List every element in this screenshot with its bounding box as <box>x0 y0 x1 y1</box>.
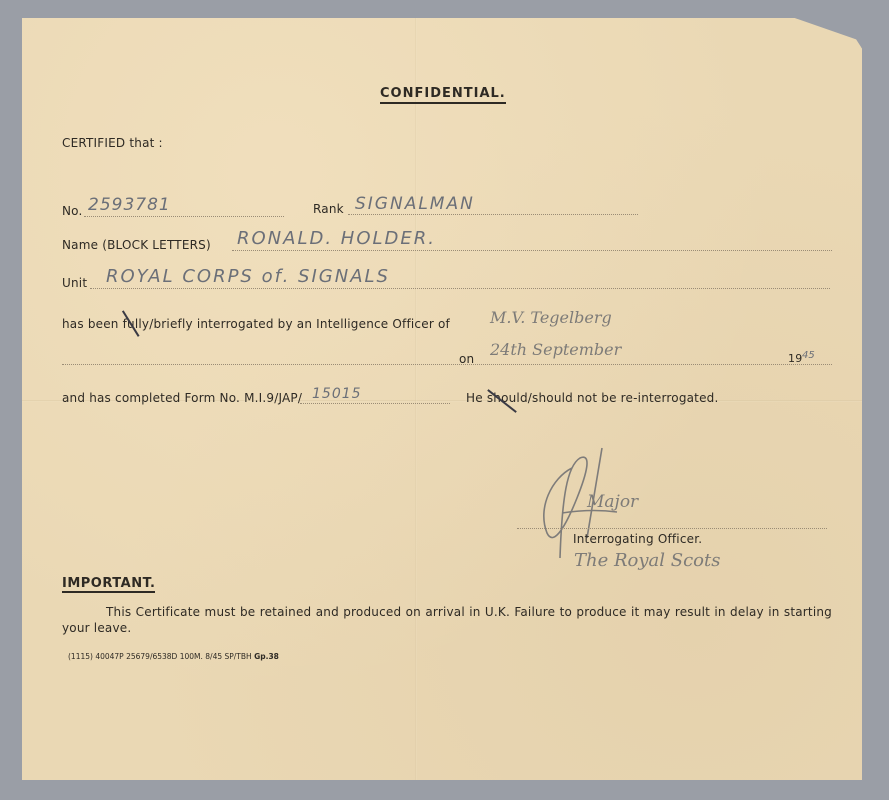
document-title: CONFIDENTIAL. <box>380 86 506 104</box>
number-value: 2593781 <box>88 195 171 215</box>
important-heading: IMPORTANT. <box>62 576 155 593</box>
number-label: No. <box>62 204 83 218</box>
name-label: Name (BLOCK LETTERS) <box>62 238 211 252</box>
print-code: (1115) 40047P 25679/6538D 100M. 8/45 SP/… <box>68 652 279 661</box>
signature-line <box>517 528 827 529</box>
form-label: and has completed Form No. M.I.9/JAP/ <box>62 391 302 405</box>
officer-regiment-handwritten: The Royal Scots <box>574 550 720 571</box>
name-value: RONALD. HOLDER. <box>237 228 436 249</box>
unit-label: Unit <box>62 276 87 290</box>
interrogation-label: has been fully/briefly interrogated by a… <box>62 317 450 331</box>
date-line <box>62 364 832 365</box>
name-line <box>232 250 832 251</box>
date-label: on <box>459 352 474 366</box>
rank-line <box>348 214 638 215</box>
form-line <box>300 403 450 404</box>
certified-label: CERTIFIED that : <box>62 136 163 150</box>
date-value: 24th September <box>490 340 621 359</box>
rank-value: SIGNALMAN <box>355 194 475 214</box>
rank-label: Rank <box>313 202 344 216</box>
print-code-group: Gp.38 <box>254 652 279 661</box>
officer-rank-handwritten: Major <box>587 492 638 512</box>
paper-fold-vertical <box>415 18 417 780</box>
unit-line <box>90 288 830 289</box>
interrogating-officer-label: Interrogating Officer. <box>573 532 702 546</box>
form-value: 15015 <box>312 386 362 402</box>
year-prefix: 19 <box>788 352 802 365</box>
certificate-paper: CONFIDENTIAL. CERTIFIED that : No. 25937… <box>22 18 862 780</box>
year-suffix: 45 <box>802 350 815 361</box>
print-code-text: (1115) 40047P 25679/6538D 100M. 8/45 SP/… <box>68 652 252 661</box>
number-line <box>84 216 284 217</box>
important-notice: This Certificate must be retained and pr… <box>62 604 832 636</box>
vessel-value: M.V. Tegelberg <box>490 308 612 327</box>
unit-value: ROYAL CORPS of. SIGNALS <box>106 266 390 287</box>
